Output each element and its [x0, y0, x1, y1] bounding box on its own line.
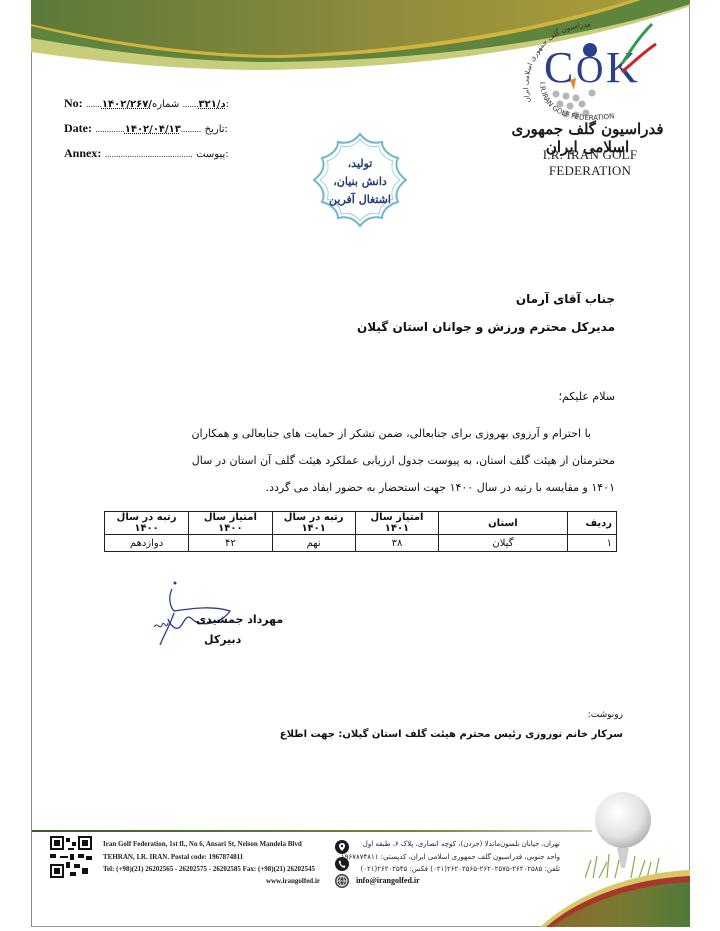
footer-address-en-1: Iran Golf Federation, 1st fl., No 6, Ans… — [103, 840, 302, 848]
org-name-en: I.R. IRAN GOLF FEDERATION — [505, 147, 675, 179]
footer-divider — [32, 830, 592, 832]
letter-number-field: No: .......۱۴۰۲/۲۶۷/د/۳۲۱....... شماره: — [64, 96, 229, 111]
date-label-fa: تاریخ: — [205, 124, 228, 135]
footer-address-fa-1: تهران، خیابان نلسون‌ماندلا (جردن)، کوچه … — [363, 840, 560, 848]
letter-annex-field: Annex: .................................… — [64, 146, 229, 161]
table-header-row: ردیف استان امتیاز سال ۱۴۰۱ رتبه در سال ۱… — [105, 512, 617, 535]
footer-address-en-2: TEHRAN, I.R. IRAN. Postal code: 19678748… — [103, 853, 243, 861]
date-label-en: Date — [64, 121, 88, 135]
cc-recipient: سرکار خانم نوروزی رئیس محترم هیئت گلف اس… — [280, 729, 623, 740]
col-province: استان — [439, 512, 567, 535]
cc-label: رونوشت: — [588, 710, 623, 720]
globe-icon — [335, 874, 349, 888]
cell-score-1401: ۳۸ — [355, 535, 438, 552]
annex-label-fa: پیوست: — [196, 149, 229, 160]
col-score-1401: امتیاز سال ۱۴۰۱ — [355, 512, 438, 535]
motto-line: تولید، — [318, 155, 402, 173]
signatory-name: مهرداد جمشیدی — [196, 613, 283, 626]
evaluation-table: ردیف استان امتیاز سال ۱۴۰۱ رتبه در سال ۱… — [104, 511, 617, 552]
col-score-1400: امتیاز سال ۱۴۰۰ — [189, 512, 272, 535]
motto-line: دانش بنیان، — [318, 173, 402, 191]
svg-text:O: O — [576, 49, 603, 91]
cell-row-number: ۱ — [567, 535, 616, 552]
body-line: محترمتان از هیئت گلف استان، به پیوست جدو… — [105, 447, 615, 474]
col-row-number: ردیف — [567, 512, 616, 535]
col-rank-1400: رتبه در سال ۱۴۰۰ — [105, 512, 189, 535]
signatory-title: دبیرکل — [204, 633, 241, 646]
cell-rank-1400: دوازدهم — [105, 535, 189, 552]
number-label-en: No — [64, 96, 79, 110]
col-rank-1401: رتبه در سال ۱۴۰۱ — [272, 512, 355, 535]
letter-date-value: ۱۴۰۲/۰۴/۱۳ — [125, 124, 181, 135]
body-line: با احترام و آرزوی بهروزی برای جنابعالی، … — [105, 420, 615, 447]
footer-phone-en: Tel: (+98)(21) 26202565 - 26202575 - 262… — [103, 865, 315, 873]
svg-text:C: C — [544, 43, 573, 92]
addressee-title: مدیرکل محترم ورزش و جوانان استان گیلان — [357, 320, 615, 334]
cell-rank-1401: نهم — [272, 535, 355, 552]
letter-date-field: Date: .............۱۴۰۲/۰۴/۱۳......... ت… — [64, 121, 228, 136]
body-line: ۱۴۰۱ و مقایسه با رتبه در سال ۱۴۰۰ جهت اس… — [105, 474, 615, 501]
cell-province: گیلان — [439, 535, 567, 552]
table-row: ۱ گیلان ۳۸ نهم ۴۲ دوازدهم — [105, 535, 617, 552]
footer-website[interactable]: www.irangolfed.ir — [266, 877, 320, 885]
addressee-name: جناب آقای آرمان — [516, 292, 615, 306]
letter-body: با احترام و آرزوی بهروزی برای جنابعالی، … — [105, 420, 615, 501]
cell-score-1400: ۴۲ — [189, 535, 272, 552]
footer-email[interactable]: info@irangolfed.ir — [356, 876, 420, 885]
location-pin-icon — [335, 840, 349, 854]
qr-code — [50, 836, 92, 878]
motto-text: تولید، دانش بنیان، اشتغال آفرین — [318, 155, 402, 209]
footer-wave-decoration — [500, 860, 690, 927]
greeting: سلام علیکم؛ — [558, 390, 615, 403]
annex-label-en: Annex — [64, 146, 97, 160]
motto-line: اشتغال آفرین — [318, 191, 402, 209]
